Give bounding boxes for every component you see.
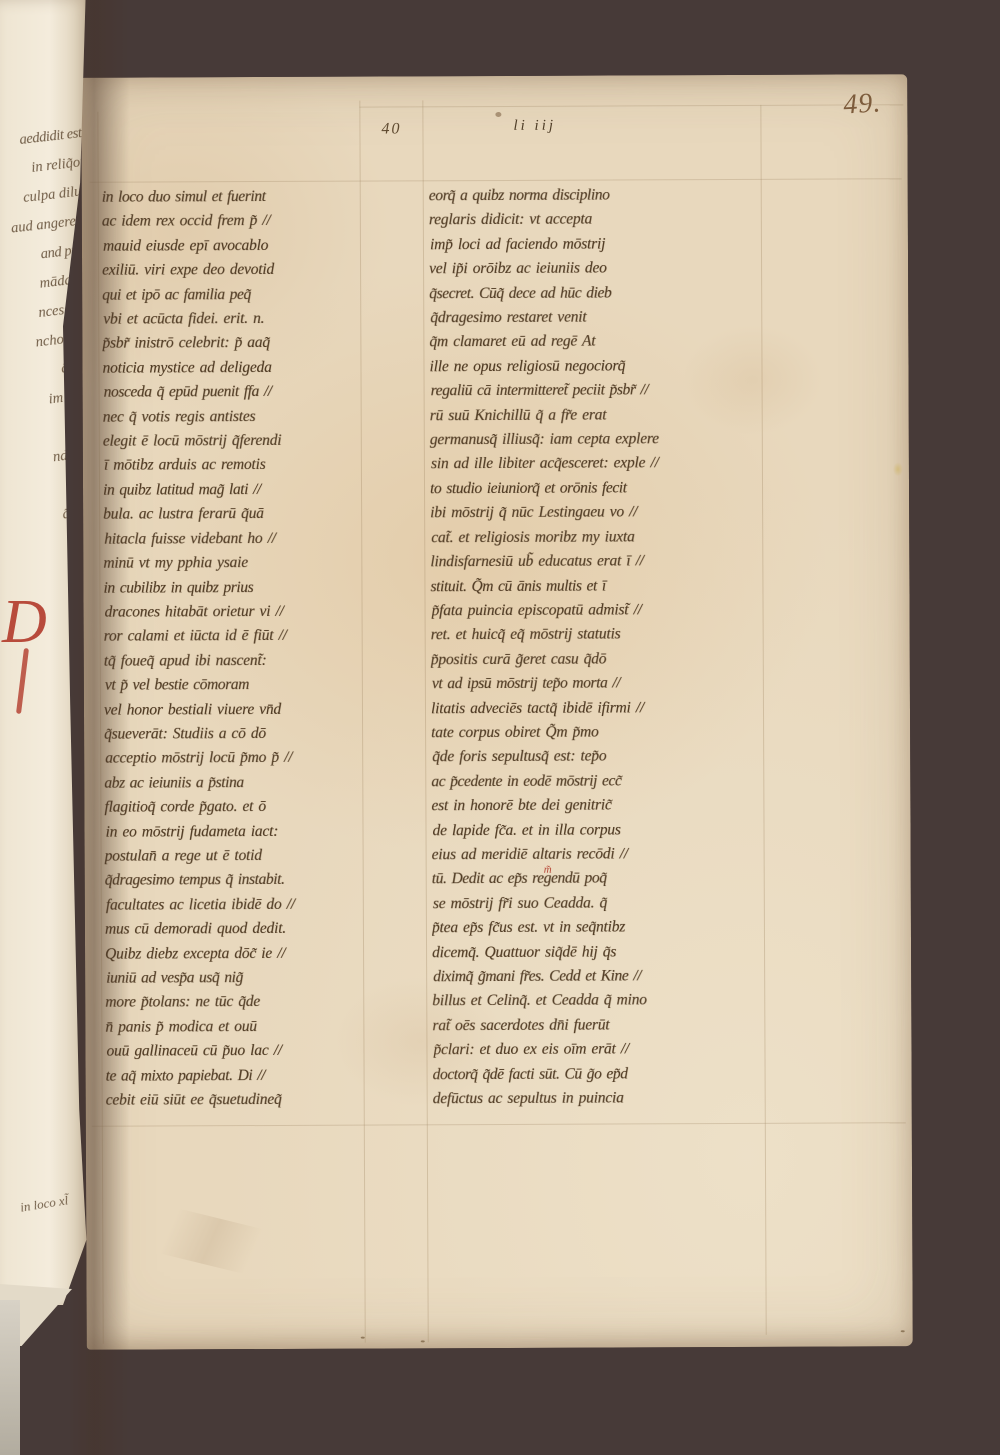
manuscript-line: ac p̃cedente in eodē mōstrij ecc̃ bbox=[431, 769, 767, 795]
red-correction-mark: m̃ bbox=[544, 864, 552, 876]
manuscript-line: de lapide fc̃a. et in illa corpus bbox=[432, 817, 768, 843]
prick-mark bbox=[361, 1337, 365, 1339]
manuscript-line: exiliū. viri expe deo devotid bbox=[102, 258, 402, 284]
manuscript-line: Quibz diebz excepta dōc̃ ie // bbox=[105, 941, 405, 967]
manuscript-line: rū suū Knichillū q̃ a fr̃e erat bbox=[430, 402, 766, 428]
manuscript-line: rat̃ oēs sacerdotes dn̄i fuerūt bbox=[432, 1013, 768, 1039]
manuscript-line: in loco duo simul et fuerint bbox=[102, 184, 402, 210]
manuscript-line: ret. et huicq̃ eq̃ mōstrij statutis bbox=[431, 622, 767, 648]
manuscript-line: tq̃ foueq̃ apud ibi nascent̃: bbox=[104, 648, 404, 674]
manuscript-line: ouū gallinaceū cū p̃uo lac // bbox=[106, 1039, 406, 1065]
manuscript-line: elegit ē locū mōstrij q̃ferendi bbox=[103, 428, 403, 454]
manuscript-line: cebit eiū siūt ee q̃suetudineq̃ bbox=[106, 1087, 406, 1113]
manuscript-line: litatis adveciēs tactq̃ ibidē ifirmi // bbox=[431, 695, 767, 721]
manuscript-page: 40 li iij 49. in loco duo simul et fueri… bbox=[81, 74, 913, 1350]
manuscript-line: flagitioq̃ corde p̃gato. et ō bbox=[104, 795, 404, 821]
manuscript-line: to studio ieiuniorq̃ et orōnis fecit bbox=[430, 476, 766, 502]
manuscript-line: q̃m clamaret eū ad regē At bbox=[429, 329, 765, 355]
manuscript-line: ror calami et iūcta id ē fiūt // bbox=[104, 624, 404, 650]
manuscript-line: mus cū demoradi quod dedit. bbox=[105, 917, 405, 943]
manuscript-line: nosceda q̃ epūd puenit ffa // bbox=[104, 380, 404, 406]
leaf-signature-mark: li iij bbox=[513, 118, 556, 135]
manuscript-line: p̃tea ep̃s fc̃us est. vt in seq̃ntibz bbox=[432, 915, 768, 941]
manuscript-line: dicemq̃. Quattuor siq̃dē hij q̃s bbox=[432, 939, 768, 965]
manuscript-line: ac idem rex occid frem p̃ // bbox=[102, 209, 402, 235]
manuscript-line: cat̃. et religiosis moribz my iuxta bbox=[431, 525, 767, 551]
red-initial-letter: D bbox=[2, 592, 47, 652]
manuscript-photo: 40 li iij 49. in loco duo simul et fueri… bbox=[0, 0, 1000, 1455]
manuscript-line: ī mōtibz arduis ac remotis bbox=[104, 453, 404, 479]
ruling-line-vertical bbox=[422, 100, 428, 1342]
manuscript-line: in eo mōstrij fudameta iact: bbox=[105, 819, 405, 845]
manuscript-line: nec q̃ votis regis antistes bbox=[103, 404, 403, 430]
manuscript-line: qui et ipō ac familia peq̃ bbox=[102, 282, 402, 308]
manuscript-line: billus et Celinq̃. et Ceadda q̃ mino bbox=[432, 988, 768, 1014]
manuscript-line: iuniū ad vesp̃a usq̃ nig̃ bbox=[106, 965, 406, 991]
manuscript-line: postulan̄ a rege ut ē totid bbox=[105, 843, 405, 869]
marginal-note: in loco xl̃ bbox=[19, 1192, 69, 1215]
manuscript-line: q̃dragesimo tempus q̃ instabit. bbox=[105, 868, 405, 894]
prick-mark bbox=[421, 1340, 425, 1342]
manuscript-line: in cubilibz in quibz prius bbox=[103, 575, 403, 601]
manuscript-line: mauid eiusde epī avocablo bbox=[103, 233, 403, 259]
leaf-fore-edge bbox=[0, 1300, 20, 1455]
manuscript-line: reglaris didicit: vt accepta bbox=[429, 207, 765, 233]
manuscript-line: germanusq̃ illiusq̃: iam cepta explere bbox=[430, 427, 766, 453]
manuscript-line: defūctus ac sepultus in puincia bbox=[433, 1086, 769, 1112]
manuscript-line: lindisfarnesiū ub̃ educatus erat ī // bbox=[430, 549, 766, 575]
manuscript-line: se mōstrij fr̃i suo Ceadda. q̃ bbox=[433, 891, 769, 917]
manuscript-line: bula. ac lustra ferarū q̃uā bbox=[103, 502, 403, 528]
manuscript-line: vt p̃ vel bestie cōmoram bbox=[105, 673, 405, 699]
folio-number: 49. bbox=[842, 87, 882, 121]
manuscript-line: q̃sueverāt: Studiis a cō dō bbox=[104, 721, 404, 747]
manuscript-line: imp̃ loci ad faciendo mōstrij bbox=[430, 232, 766, 258]
quire-number: 40 bbox=[381, 120, 401, 138]
manuscript-line: more p̃tolans: ne tūc q̃de bbox=[105, 990, 405, 1016]
manuscript-line: ibi mōstrij q̃ nūc Lestingaeu vo // bbox=[430, 500, 766, 526]
facing-page-edge: aeddidit est q̃in reliq̃of n̄culpa dilue… bbox=[0, 0, 90, 1305]
manuscript-line: p̃fata puincia episcopatū admist̃ // bbox=[432, 598, 768, 624]
stain bbox=[495, 112, 501, 117]
manuscript-line: sin ad ille libiter acq̃esceret: exple /… bbox=[431, 451, 767, 477]
manuscript-line: eius ad meridiē altaris recōdi // bbox=[432, 842, 768, 868]
crease-mark bbox=[104, 1193, 319, 1290]
manuscript-line: te aq̃ mixto papiebat. Di // bbox=[106, 1063, 406, 1089]
manuscript-line: doctorq̃ q̃dē facti sūt. Cū g̃o ep̃d bbox=[433, 1061, 769, 1087]
manuscript-line: noticia mystice ad deligeda bbox=[102, 355, 402, 381]
manuscript-line: regaliū cā intermitteret̃ peciit p̃sbr̃ … bbox=[431, 378, 767, 404]
text-column-left: in loco duo simul et fuerintac idem rex … bbox=[102, 184, 406, 1113]
manuscript-line: q̃secret. Cūq̃ dece ad hūc dieb bbox=[429, 280, 765, 306]
manuscript-line: vt ad ipsū mōstrij tep̃o morta // bbox=[432, 671, 768, 697]
manuscript-line: ille ne opus religiosū negociorq̃ bbox=[429, 354, 765, 380]
manuscript-line: vel ip̃i orōibz ac ieiuniis deo bbox=[429, 256, 765, 282]
manuscript-line: eorq̃ a quibz norma disciplino bbox=[429, 183, 765, 209]
manuscript-line: dracones hitabāt orietur vi // bbox=[105, 599, 405, 625]
manuscript-line: stituit. Q̃m cū ānis multis et ī bbox=[430, 573, 766, 599]
manuscript-line: p̃clari: et duo ex eis oīm erāt // bbox=[433, 1037, 769, 1063]
manuscript-line: vbi et acūcta fidei. erit. n. bbox=[103, 306, 403, 332]
manuscript-line: diximq̃ g̃mani fr̃es. Cedd et Kine // bbox=[433, 964, 769, 990]
ruling-line-horizontal bbox=[92, 1122, 906, 1127]
text-column-right: eorq̃ a quibz norma disciplinoreglaris d… bbox=[429, 183, 769, 1112]
ruling-line-horizontal bbox=[359, 104, 903, 107]
manuscript-line: in quibz latitud mag̃ lati // bbox=[103, 477, 403, 503]
prick-mark bbox=[901, 1330, 905, 1332]
manuscript-line: minū vt my pphia ysaie bbox=[103, 551, 403, 577]
manuscript-line: vel honor bestiali viuere vn̄d bbox=[104, 697, 404, 723]
manuscript-line: tate corpus obiret Q̃m p̃mo bbox=[431, 720, 767, 746]
manuscript-line: n̄ panis p̃ modica et ouū bbox=[105, 1014, 405, 1040]
manuscript-line: facultates ac licetia ibidē do // bbox=[106, 892, 406, 918]
manuscript-line: q̃dragesimo restaret venit bbox=[430, 305, 766, 331]
manuscript-line: hitacla fuisse videbant ho // bbox=[104, 526, 404, 552]
manuscript-line: abz ac ieiuniis a p̃stina bbox=[104, 770, 404, 796]
stain bbox=[893, 462, 903, 476]
manuscript-line: est in honorē bte dei genitric̃ bbox=[431, 793, 767, 819]
manuscript-line: acceptio mōstrij locū p̃mo p̃ // bbox=[105, 746, 405, 772]
manuscript-line: p̃sbr̃ inistrō celebrit: p̃ aaq̃ bbox=[102, 331, 402, 357]
manuscript-line: p̃positis curā g̃eret casu q̃dō bbox=[431, 647, 767, 673]
manuscript-line: tū. Dedit ac ep̃s regendū poq̃ bbox=[432, 866, 768, 892]
manuscript-line: q̃de foris sepultusq̃ est: tep̃o bbox=[432, 744, 768, 770]
ruling-line-horizontal bbox=[90, 178, 902, 183]
